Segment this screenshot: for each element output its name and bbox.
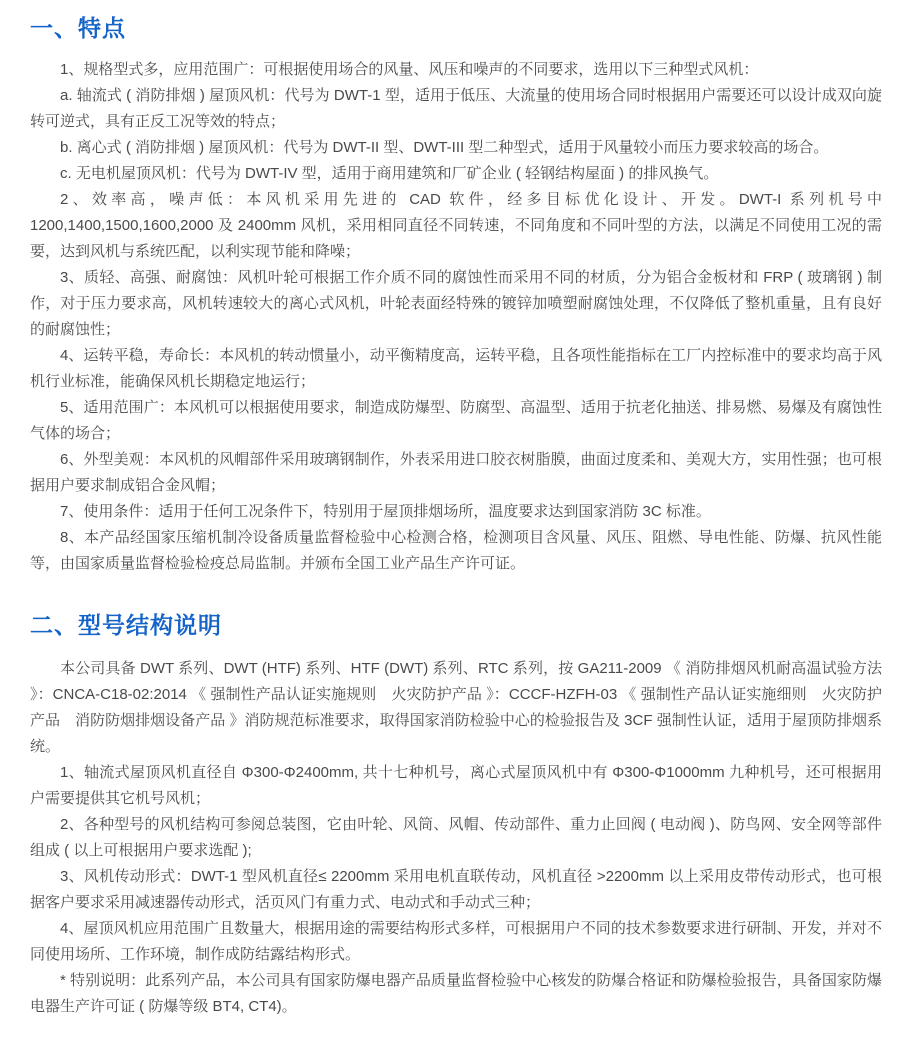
section-model-structure-paragraphs: 本公司具备 DWT 系列、DWT (HTF) 系列、HTF (DWT) 系列、R… — [30, 656, 882, 1020]
section-features-paragraphs: 1、规格型式多，应用范围广：可根据使用场合的风量、风压和噪声的不同要求，选用以下… — [30, 57, 882, 577]
paragraph: 3、质轻、高强、耐腐蚀：风机叶轮可根据工作介质不同的腐蚀性而采用不同的材质，分为… — [30, 265, 882, 343]
paragraph: 1、规格型式多，应用范围广：可根据使用场合的风量、风压和噪声的不同要求，选用以下… — [30, 57, 882, 83]
paragraph: 7、使用条件：适用于任何工况条件下，特别用于屋顶排烟场所，温度要求达到国家消防 … — [30, 499, 882, 525]
paragraph: 6、外型美观：本风机的风帽部件采用玻璃钢制作，外表采用进口胶衣树脂膜，曲面过度柔… — [30, 447, 882, 499]
paragraph: 1、轴流式屋顶风机直径自 Φ300-Φ2400mm, 共十七种机号，离心式屋顶风… — [30, 760, 882, 812]
section-heading-model-structure: 二、型号结构说明 — [30, 607, 882, 640]
paragraph: 本公司具备 DWT 系列、DWT (HTF) 系列、HTF (DWT) 系列、R… — [30, 656, 882, 760]
section-features: 一、特点 1、规格型式多，应用范围广：可根据使用场合的风量、风压和噪声的不同要求… — [30, 10, 882, 577]
section-model-structure: 二、型号结构说明 本公司具备 DWT 系列、DWT (HTF) 系列、HTF (… — [30, 607, 882, 1020]
paragraph: c. 无电机屋顶风机：代号为 DWT-IV 型，适用于商用建筑和厂矿企业 ( 轻… — [30, 161, 882, 187]
paragraph: * 特别说明：此系列产品，本公司具有国家防爆电器产品质量监督检验中心核发的防爆合… — [30, 968, 882, 1020]
paragraph: 8、本产品经国家压缩机制冷设备质量监督检验中心检测合格，检测项目含风量、风压、阻… — [30, 525, 882, 577]
paragraph: 4、运转平稳，寿命长：本风机的转动惯量小，动平衡精度高，运转平稳，且各项性能指标… — [30, 343, 882, 395]
paragraph: b. 离心式 ( 消防排烟 ) 屋顶风机：代号为 DWT-II 型、DWT-II… — [30, 135, 882, 161]
paragraph: 5、适用范围广：本风机可以根据使用要求，制造成防爆型、防腐型、高温型、适用于抗老… — [30, 395, 882, 447]
paragraph: 4、屋顶风机应用范围广且数量大，根据用途的需要结构形式多样，可根据用户不同的技术… — [30, 916, 882, 968]
document-page: 一、特点 1、规格型式多，应用范围广：可根据使用场合的风量、风压和噪声的不同要求… — [0, 0, 900, 1038]
section-heading-features: 一、特点 — [30, 10, 882, 43]
paragraph: 2、效率高，噪声低：本风机采用先进的 CAD 软件，经多目标优化设计、开发。DW… — [30, 187, 882, 265]
paragraph: a. 轴流式 ( 消防排烟 ) 屋顶风机：代号为 DWT-1 型，适用于低压、大… — [30, 83, 882, 135]
paragraph: 2、各种型号的风机结构可参阅总装图，它由叶轮、风筒、风帽、传动部件、重力止回阀 … — [30, 812, 882, 864]
paragraph: 3、风机传动形式：DWT-1 型风机直径≤ 2200mm 采用电机直联传动，风机… — [30, 864, 882, 916]
